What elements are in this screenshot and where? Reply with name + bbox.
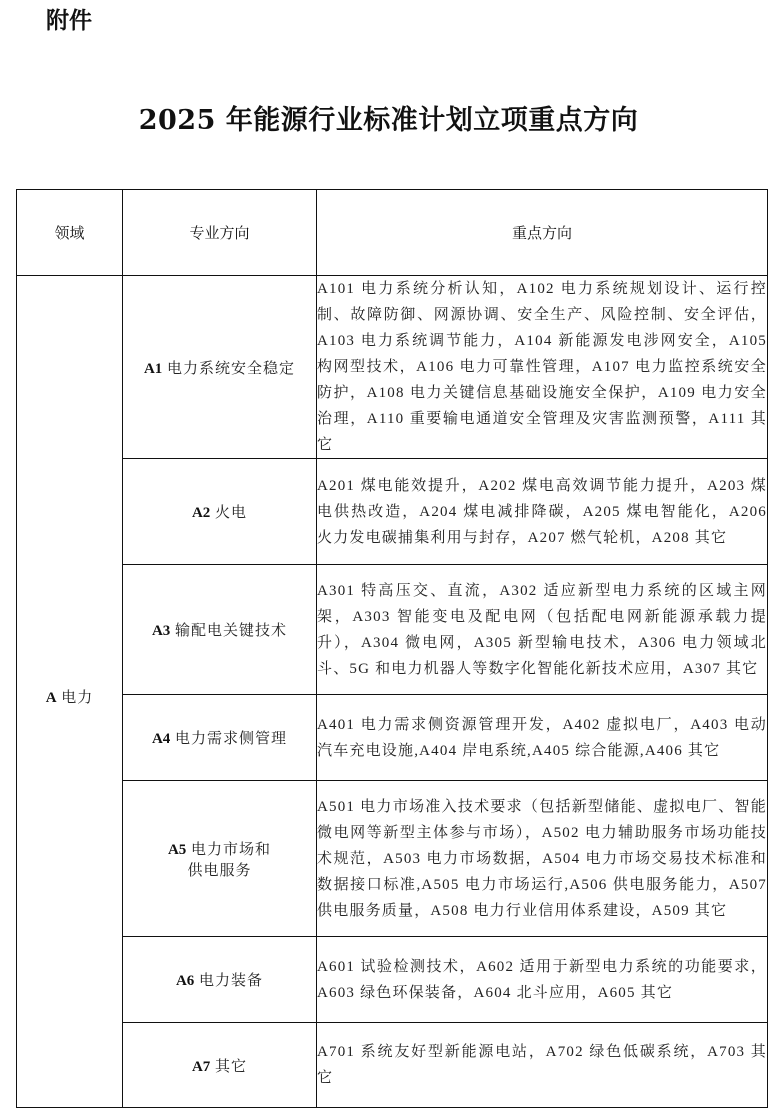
specialty-label: 其它	[215, 1059, 247, 1075]
focus-cell-a3: A301 特高压交、直流，A302 适应新型电力系统的区域主网架，A303 智能…	[317, 565, 768, 695]
specialty-label: 电力市场和	[191, 842, 271, 858]
focus-cell-a2: A201 煤电能效提升，A202 煤电高效调节能力提升，A203 煤电供热改造，…	[317, 459, 768, 565]
specialty-cell-a6: A6 电力装备	[123, 937, 317, 1023]
specialty-label: 电力装备	[199, 973, 263, 989]
specialty-label: 电力需求侧管理	[175, 731, 287, 747]
table-row: A4 电力需求侧管理 A401 电力需求侧资源管理开发，A402 虚拟电厂，A4…	[17, 695, 768, 781]
focus-cell-a7: A701 系统友好型新能源电站，A702 绿色低碳系统，A703 其它	[317, 1023, 768, 1108]
specialty-code: A6	[176, 973, 194, 989]
column-header-focus: 重点方向	[317, 190, 768, 276]
specialty-code: A3	[152, 623, 170, 639]
table-row: A7 其它 A701 系统友好型新能源电站，A702 绿色低碳系统，A703 其…	[17, 1023, 768, 1108]
column-header-specialty: 专业方向	[123, 190, 317, 276]
domain-label: 电力	[61, 690, 93, 706]
table-row: A2 火电 A201 煤电能效提升，A202 煤电高效调节能力提升，A203 煤…	[17, 459, 768, 565]
specialty-cell-a2: A2 火电	[123, 459, 317, 565]
specialty-label: 输配电关键技术	[175, 623, 287, 639]
table-row: A 电力 A1 电力系统安全稳定 A101 电力系统分析认知，A102 电力系统…	[17, 276, 768, 459]
specialty-label-line2: 供电服务	[123, 859, 316, 880]
table-header-row: 领域 专业方向 重点方向	[17, 190, 768, 276]
focus-cell-a5: A501 电力市场准入技术要求（包括新型储能、虚拟电厂、智能微电网等新型主体参与…	[317, 781, 768, 937]
specialty-code: A7	[192, 1059, 210, 1075]
domain-cell: A 电力	[17, 276, 123, 1108]
specialty-code: A5	[168, 842, 186, 858]
focus-cell-a1: A101 电力系统分析认知，A102 电力系统规划设计、运行控制、故障防御、网源…	[317, 276, 768, 459]
specialty-label: 火电	[215, 505, 247, 521]
specialty-code: A2	[192, 505, 210, 521]
focus-cell-a6: A601 试验检测技术，A602 适用于新型电力系统的功能要求，A603 绿色环…	[317, 937, 768, 1023]
specialty-cell-a4: A4 电力需求侧管理	[123, 695, 317, 781]
domain-code: A	[46, 690, 57, 706]
specialty-label: 电力系统安全稳定	[167, 361, 295, 377]
focus-cell-a4: A401 电力需求侧资源管理开发，A402 虚拟电厂，A403 电动汽车充电设施…	[317, 695, 768, 781]
standards-focus-table: 领域 专业方向 重点方向 A 电力 A1 电力系统安全稳定 A101 电力系统分…	[16, 189, 768, 1108]
attachment-label: 附件	[46, 2, 92, 35]
table-row: A5 电力市场和 供电服务 A501 电力市场准入技术要求（包括新型储能、虚拟电…	[17, 781, 768, 937]
specialty-code: A1	[144, 361, 162, 377]
specialty-cell-a7: A7 其它	[123, 1023, 317, 1108]
column-header-domain: 领域	[17, 190, 123, 276]
specialty-code: A4	[152, 731, 170, 747]
table-row: A3 输配电关键技术 A301 特高压交、直流，A302 适应新型电力系统的区域…	[17, 565, 768, 695]
specialty-cell-a1: A1 电力系统安全稳定	[123, 276, 317, 459]
table-row: A6 电力装备 A601 试验检测技术，A602 适用于新型电力系统的功能要求，…	[17, 937, 768, 1023]
specialty-cell-a3: A3 输配电关键技术	[123, 565, 317, 695]
document-title: 2025 年能源行业标准计划立项重点方向	[0, 98, 777, 137]
specialty-cell-a5: A5 电力市场和 供电服务	[123, 781, 317, 937]
